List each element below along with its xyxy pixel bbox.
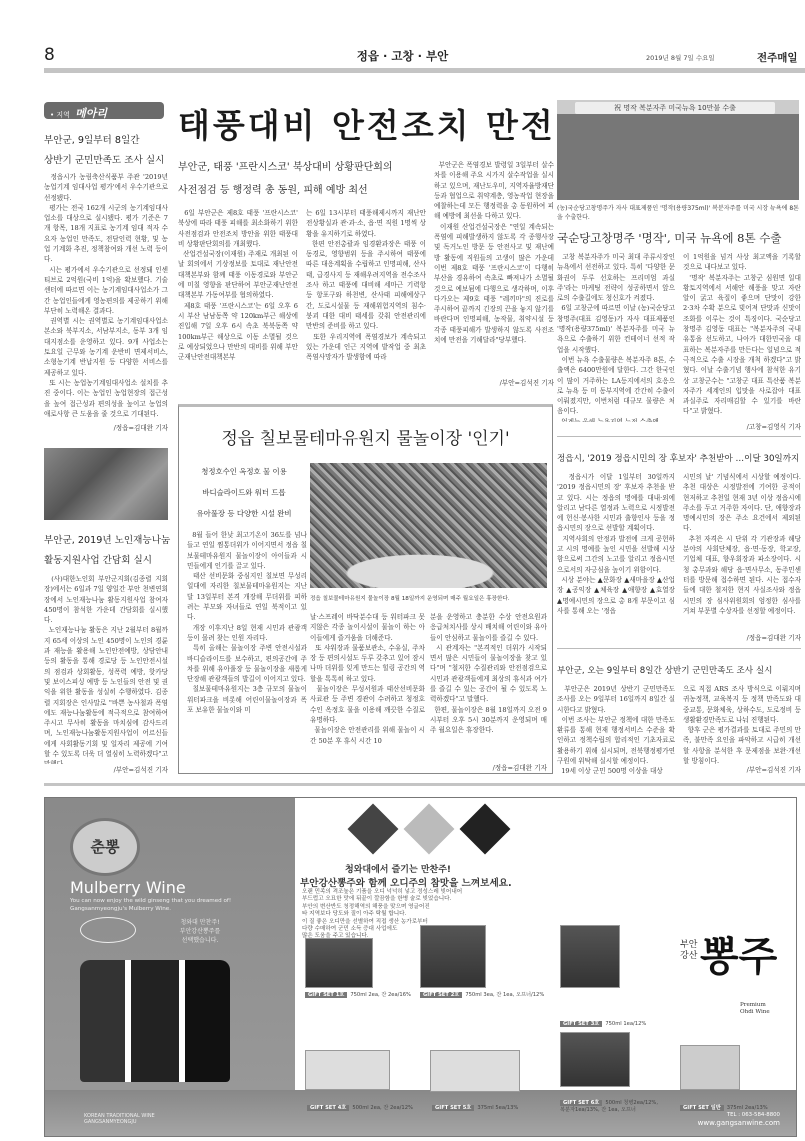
photo-caption: (농)국순당고창명주가 자사 대표제품인 '명작(용량375ml)' 복분자주를… [557, 204, 801, 222]
gift-set-image [560, 1032, 630, 1087]
divider [557, 648, 801, 649]
gift-set-image [305, 938, 373, 988]
article-body-column: 6일 부안군은 제8호 태풍 '프란시스코' 북상에 따라 태풍 피해를 최소화… [178, 208, 298, 383]
brand-subtitle: 부안강산 [680, 940, 700, 962]
gift-set-image [560, 925, 620, 988]
gift-set-image [305, 1050, 390, 1090]
article-body-column: 으로 직접 ARS 조사 방식으로 이뤄지며 귀농정책, 교육복지 등 정책 만… [683, 684, 801, 764]
main-subhead: 부안군, 태풍 '프란시스코' 북상대비 상황판단회의 [178, 158, 393, 173]
ad-slogan: 청와대 만찬주! 부안강산뽕주를 선택했습니다. [160, 918, 240, 945]
gift-set-image [680, 1045, 740, 1090]
badge-prefix: 지역 [56, 111, 70, 119]
brand-tagline: Premium Ohdi Wine [740, 1002, 770, 1016]
article-body: (사)대한노인회 부안군지회(김종렬 지회장)에서는 6일과 7일 양일간 부안… [44, 574, 168, 764]
article-headline[interactable]: 국순당고창명주 '명작', 미국 뉴욕에 8톤 수출 [557, 230, 781, 246]
ad-wine-title: Mulberry Wine [70, 878, 186, 897]
main-subhead: 사전점검 등 행정력 총 동원, 피해 예방 최선 [178, 181, 368, 196]
article-headline[interactable]: 부안군, 9일부터 8일간 [44, 132, 140, 146]
feature-subhead: 바디슬라이드와 워터 드롭 [180, 487, 308, 498]
article-headline[interactable]: 부안군, 2019년 노인재능나눔 [44, 532, 170, 546]
article-headline[interactable]: 부안군, 오는 9일부터 8일간 상반기 군민만족도 조사 실시 [557, 664, 772, 676]
article-body-column: 날·스프레이 바닥분수대 등 워터파크 못지않은 각종 놀이시설이 물놀이 하는… [310, 612, 425, 772]
article-headline[interactable]: 정읍시, '2019 정읍시민의 장 후보자' 추천받아 …이달 30일까지 [557, 452, 799, 464]
article-byline: /정읍=김대완 기자 [683, 632, 801, 642]
article-body-column: 는 6일 13시부터 태풍해제시까지 재난안전상황실과 관·과·소, 읍·면 직… [306, 208, 426, 383]
badge-label: 메아리 [75, 107, 107, 120]
article-headline[interactable]: 활동지원사업 간담회 실시 [44, 552, 152, 566]
export-ceremony-photo[interactable] [557, 100, 799, 200]
article-byline: /고창=김영식 기자 [683, 421, 801, 431]
gift-set-label: GIFT SET 일반375ml 2ea/13% [680, 1104, 768, 1111]
article-byline: /부안=김석진 기자 [434, 377, 554, 387]
article-headline[interactable]: 상반기 군민만족도 조사 실시 [44, 152, 164, 166]
gift-set-image [420, 925, 486, 988]
ad-divider [44, 783, 805, 786]
gift-set-label: GIFT SET 3호750ml 1ea/12% [560, 1020, 646, 1027]
article-body-column: 시민의 날' 기념식에서 시상할 예정이다. 추천 대상은 시정발전에 기여한 … [683, 472, 801, 632]
article-body-column: 정읍시가 이달 1일부터 30일까지 '2019 정읍시민의 장' 후보자 추천… [557, 472, 675, 652]
article-byline: /부안=김석진 기자 [683, 764, 801, 774]
article-body-column: 이 1억원을 넘겨 사상 최고액을 기록할 것으로 내다보고 있다. '명작' … [683, 252, 801, 422]
main-headline[interactable]: 태풍대비 안전조치 만전 [178, 100, 556, 147]
feature-subhead: 유아풀장 등 다양한 시설 완비 [180, 508, 308, 519]
mulberry-fruit-icon [348, 804, 399, 855]
gift-set-label: GIFT SET 4호500ml 2ea, 잔 2ea/12% [307, 1104, 413, 1111]
article-body-column: 고창 복분자주가 미국 최대 주류시장인 뉴욕에서 선전하고 있다. 특히 '다… [557, 252, 675, 422]
blue-house-emblem-icon [80, 917, 136, 943]
article-body-column: 8월 들어 한낮 최고기온이 36도를 넘나들고 연일 찜통더위가 이어지면서 … [187, 530, 307, 770]
article-byline: /정읍=김대완 기자 [44, 422, 168, 432]
ad-phone: TEL : 063-584-8800 [680, 1112, 780, 1118]
feature-subhead: 청정호수인 옥정호 물 이용 [180, 466, 308, 477]
water-park-photo[interactable] [310, 463, 547, 588]
ad-headline: 부안강산뽕주와 함께 오디주의 참맛을 느껴보세요. [300, 875, 512, 889]
ad-diamond-images [345, 805, 515, 855]
issue-date: 2019년 8월 7일 수요일 [646, 53, 715, 62]
article-body-column: 분을 운영하고 충분한 수상 안전요원과 응급처치사를 상시 배치해 어린이와 … [430, 612, 547, 762]
gift-set-label: GIFT SET 5호375ml 5ea/13% [432, 1104, 518, 1111]
article-body-column: 부안군은 2019년 상반기 군민만족도 조사를 오는 9일부터 16일까지 8… [557, 684, 675, 774]
article-byline: /정읍=김대완 기자 [430, 762, 547, 772]
ad-headline: 청와대에서 즐기는 만찬주! [345, 862, 451, 875]
gift-set-label: GIFT SET 2호750ml 3ea, 잔 1ea, 오프너/12% [420, 991, 544, 998]
gift-set-label: GIFT SET 6호500ml 청병2ea/12%, 복분자1ea/13%, … [560, 1100, 660, 1114]
article-photo[interactable] [44, 448, 168, 520]
article-body-column: 부안군은 폭염경보 발령일 3일부터 살수차를 이용해 주요 시가지 살수작업을… [434, 160, 554, 375]
mulberry-field-icon [404, 804, 455, 855]
ad-wine-description: You can now enjoy the wild ginseng that … [70, 897, 270, 913]
wine-bottles-image [80, 960, 230, 1082]
article-byline: /부안=김석진 기자 [44, 764, 168, 774]
company-mark: KOREAN TRADITIONAL WINE GANGSANMYEONGJU [84, 1113, 155, 1125]
article-body: 정읍시가 농림축산식품부 주관 '2019년 농업기계 임대사업 평가'에서 우… [44, 172, 168, 420]
ad-website-link[interactable]: www.gangsanwine.com [680, 1119, 780, 1127]
column-badge: • 지역 메아리 [44, 102, 164, 119]
brand-logo-icon: 춘뽕 [70, 818, 140, 876]
header-divider [44, 68, 805, 73]
gift-set-image [430, 1050, 520, 1092]
badge-bullet-icon: • [50, 111, 54, 119]
feature-headline[interactable]: 정읍 칠보물테마유원지 물놀이장 '인기' [178, 424, 553, 449]
photo-caption: 정읍 칠보물테마유원지 물놀이장 8월 18일까지 운영되며 매주 월요일은 휴… [310, 594, 510, 602]
divider [557, 436, 801, 437]
photo-banner: 祝 명작 복분자주 미국뉴욕 10만불 수출 [575, 102, 775, 114]
brand-title: 뽕주 [700, 925, 777, 982]
gift-set-label: GIFT SET 1호750ml 2ea, 잔 2ea/16% [305, 991, 411, 998]
newspaper-masthead: 전주매일 [757, 50, 798, 65]
gift-set-badge-icon [460, 804, 511, 855]
